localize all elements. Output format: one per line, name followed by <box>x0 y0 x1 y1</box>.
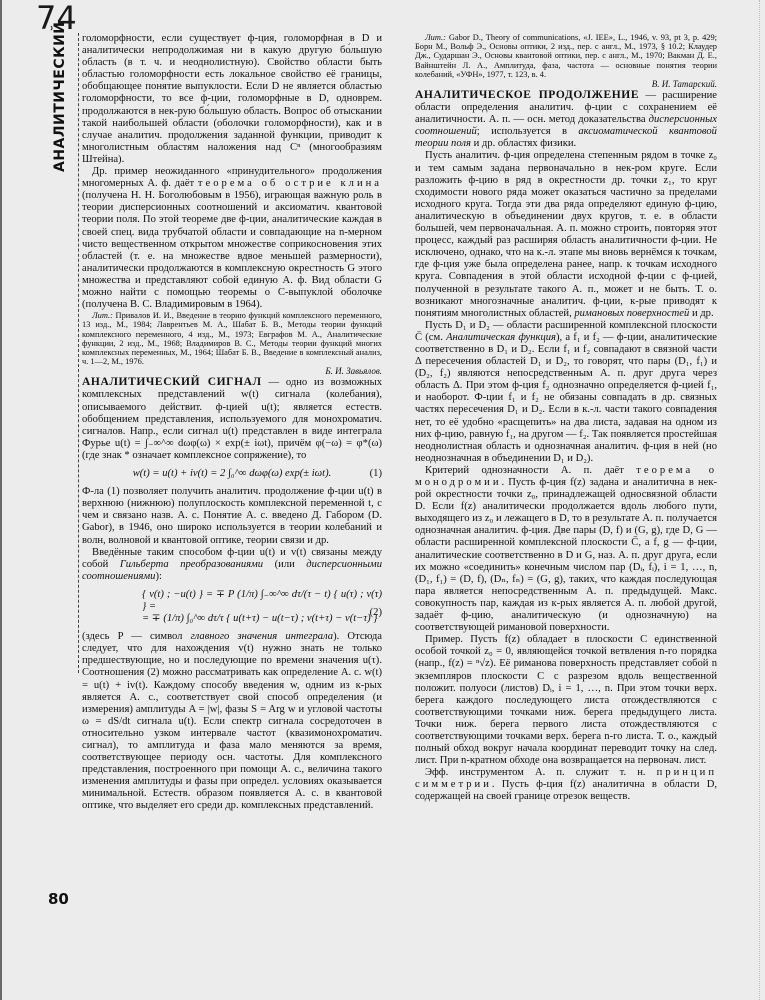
margin-rule <box>78 33 80 673</box>
paragraph: голоморфности, если существует ф-ция, го… <box>82 33 382 166</box>
author-signature: В. И. Татарский. <box>415 79 717 89</box>
cross-reference-link[interactable]: римановых поверхностей <box>574 308 689 319</box>
cross-reference-link[interactable]: Аналитическая функция <box>446 332 556 343</box>
scan-edge <box>759 0 762 1000</box>
text: ; используется в <box>477 126 579 137</box>
side-page-number: 80 <box>48 890 69 908</box>
entry-heading: АНАЛИТИЧЕСКОЕ ПРОДОЛЖЕНИЕ <box>415 89 639 101</box>
paragraph: Введённые таким способом ф-ции u(t) и v(… <box>82 547 382 583</box>
paragraph: Критерий однозначности А. п. даёт теорем… <box>415 465 717 634</box>
literature: Лит.: Привалов И. И., Введение в теорию … <box>82 311 382 366</box>
running-head: АНАЛИТИЧЕСКИЙ <box>50 34 70 174</box>
cross-reference-link[interactable]: Гильберта преобразованиями <box>120 559 263 570</box>
lit-label: Лит.: <box>425 33 446 42</box>
right-column: Лит.: Gabor D., Theory of communications… <box>415 33 717 804</box>
text: Пусть аналитич. ф-ция определена степенн… <box>415 150 717 318</box>
text: (получена Н. Н. Боголюбовым в 1956), игр… <box>82 190 382 310</box>
paragraph: Пусть аналитич. ф-ция определена степенн… <box>415 150 717 319</box>
paragraph: (здесь P — символ главного значения инте… <box>82 631 382 812</box>
entry-analytic-signal: АНАЛИТИЧЕСКИЙ СИГНАЛ — одно из возможных… <box>82 376 382 462</box>
formula-2: { v(t) ; −u(t) } = ∓ P (1/π) ∫₋∞^∞ dτ/(τ… <box>82 589 382 625</box>
left-column: голоморфности, если существует ф-ция, го… <box>82 33 382 813</box>
text: . Пусть ф-ция f(z) задана и аналитична в… <box>415 477 717 633</box>
formula-1: w(t) = u(t) + iv(t) = 2 ∫₀^∞ dωφ(ω) exp(… <box>82 468 382 480</box>
paragraph: Пусть D₁ и D₂ — области расширенной комп… <box>415 320 717 465</box>
page-edge <box>0 0 2 1000</box>
paragraph: Эфф. инструментом А. п. служит т. н. при… <box>415 767 717 803</box>
running-head-text: АНАЛИТИЧЕСКИЙ <box>52 32 68 172</box>
paragraph: Др. пример неожиданного «принудительного… <box>82 166 382 311</box>
text: Эфф. инструментом А. п. служит т. н. <box>425 767 657 778</box>
entry-heading: АНАЛИТИЧЕСКИЙ СИГНАЛ <box>82 376 262 388</box>
formula-number: (2) <box>370 607 382 619</box>
text: Критерий однозначности А. п. даёт <box>425 465 636 476</box>
text: (или <box>263 559 306 570</box>
lit-text: Gabor D., Theory of communications, «J. … <box>415 33 717 79</box>
cross-reference-link[interactable]: главного значения интеграла <box>191 631 333 642</box>
text: и др. <box>689 308 713 319</box>
author-signature: Б. И. Завьялов. <box>82 366 382 376</box>
literature: Лит.: Gabor D., Theory of communications… <box>415 33 717 79</box>
text: (здесь P — символ <box>82 631 191 642</box>
entry-analytic-continuation: АНАЛИТИЧЕСКОЕ ПРОДОЛЖЕНИЕ — расширение о… <box>415 89 717 150</box>
text: и др. областях физики. <box>471 138 576 149</box>
lit-text: Привалов И. И., Введение в теорию функци… <box>82 311 382 366</box>
text: ). Отсюда следует, что для нахождения v(… <box>82 631 382 811</box>
paragraph: Ф-ла (1) позволяет получить аналитич. пр… <box>82 486 382 546</box>
term: теорема об острие клина <box>198 178 382 189</box>
text: ), а f₁ и f₂ — ф-ции, аналитические соот… <box>415 332 717 464</box>
formula-line: { v(t) ; −u(t) } = ∓ P (1/π) ∫₋∞^∞ dτ/(τ… <box>142 589 382 613</box>
lit-label: Лит.: <box>92 311 113 320</box>
text: — одно из возможных комплексных представ… <box>82 377 382 461</box>
text: ): <box>155 571 161 582</box>
formula-number: (1) <box>370 468 382 480</box>
formula-line: = ∓ (1/π) ∫₀^∞ dτ/τ { u(t+τ) − u(t−τ) ; … <box>142 613 382 625</box>
paragraph: Пример. Пусть f(z) обладает в плоскости … <box>415 634 717 767</box>
formula-text: w(t) = u(t) + iv(t) = 2 ∫₀^∞ dωφ(ω) exp(… <box>133 468 332 479</box>
